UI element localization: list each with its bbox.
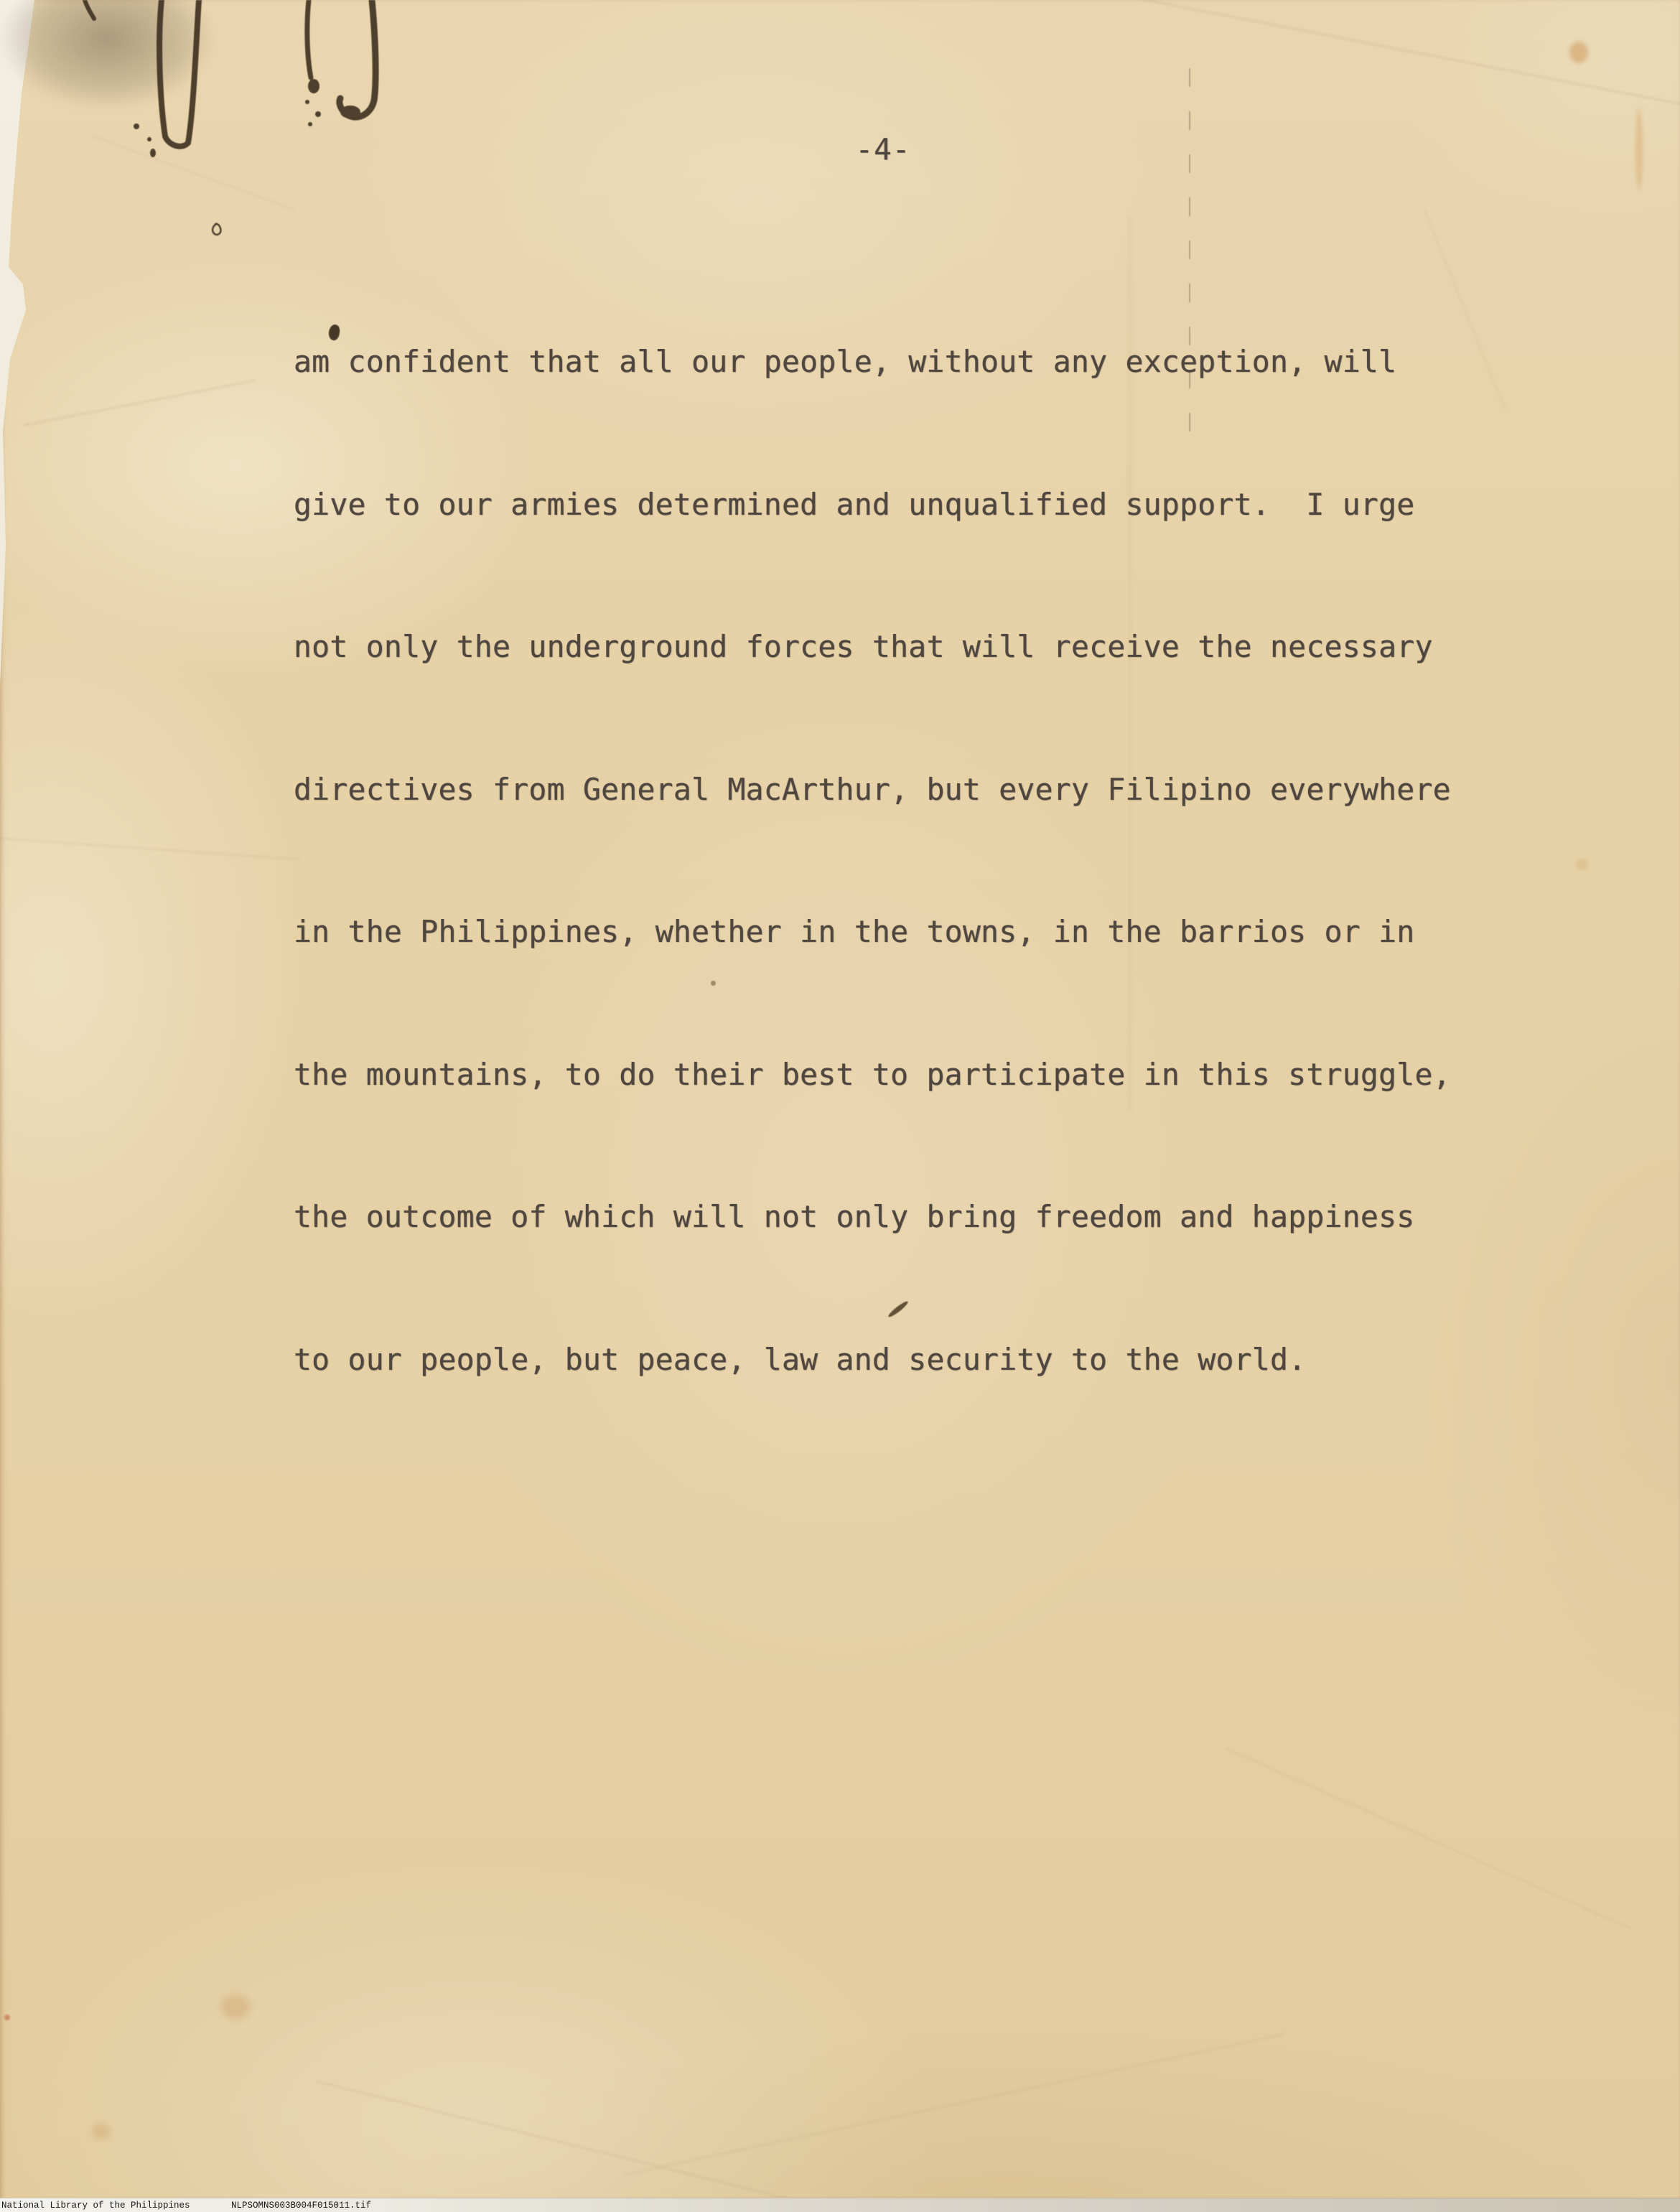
typed-line: the outcome of which will not only bring… — [294, 1199, 1451, 1271]
scanned-document-page: -4- am confident that all our people, wi… — [0, 0, 1680, 2212]
typed-paragraph: am confident that all our people, withou… — [294, 274, 1451, 1484]
paper-stain — [92, 2124, 111, 2139]
paper-stain — [1635, 108, 1643, 190]
typed-line: not only the underground forces that wil… — [294, 629, 1451, 701]
scan-footer-band: National Library of the Philippines NLPS… — [0, 2198, 1680, 2212]
paper-stain — [221, 1994, 250, 2019]
typed-line: am confident that all our people, withou… — [294, 344, 1451, 416]
paper-stain — [1575, 859, 1588, 870]
ink-smear-marks — [65, 0, 467, 258]
typed-line: directives from General MacArthur, but e… — [294, 772, 1451, 844]
scan-filename: NLPSOMNS003B004F015011.tif — [231, 2201, 371, 2211]
paper-stain — [4, 2015, 10, 2020]
typed-line: in the Philippines, whether in the towns… — [294, 914, 1451, 986]
typed-line: give to our armies determined and unqual… — [294, 487, 1451, 559]
typed-line: the mountains, to do their best to parti… — [294, 1057, 1451, 1129]
typed-line: to our people, but peace, law and securi… — [294, 1342, 1451, 1414]
page-number: -4- — [818, 132, 948, 167]
library-credit: National Library of the Philippines — [1, 2201, 190, 2211]
paper-stain — [1569, 42, 1588, 63]
